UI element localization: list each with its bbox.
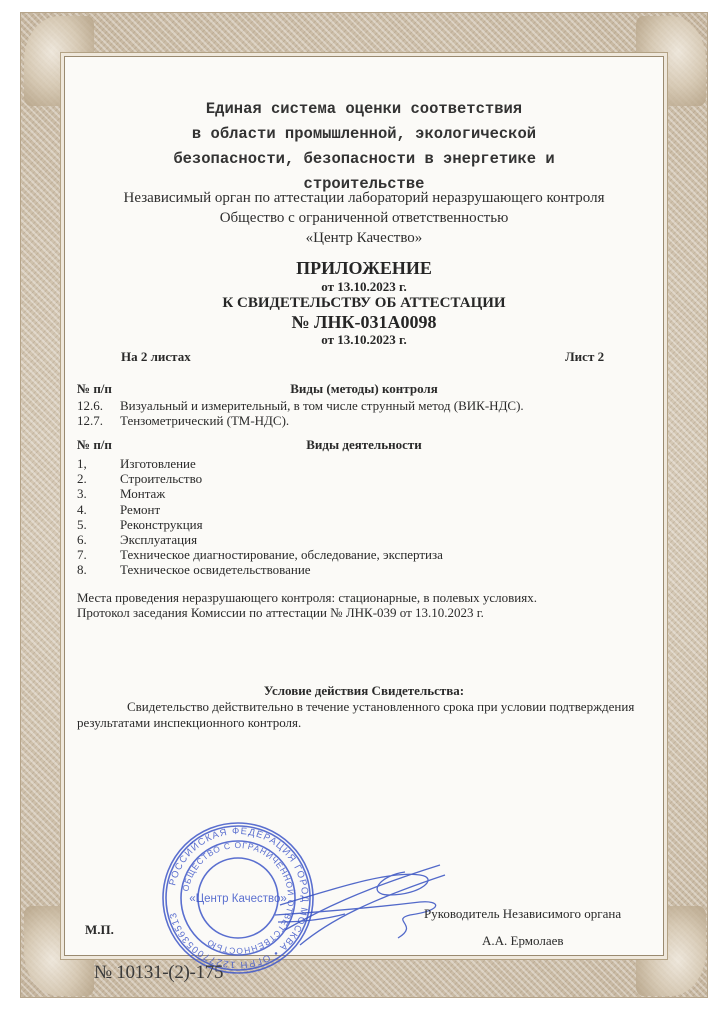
signature-icon [270,850,450,960]
activities-table-row: 4.Ремонт [77,502,160,517]
row-name: Техническое диагностирование, обследован… [120,547,443,562]
signatory-name: А.А. Ермолаев [482,933,564,948]
row-number: 2. [77,471,120,486]
appendix-title-block: ПРИЛОЖЕНИЕ от 13.10.2023 г. К СВИДЕТЕЛЬС… [64,258,664,347]
organization-line: Общество с ограниченной ответственностью [64,208,664,228]
row-name: Монтаж [120,486,165,501]
row-name: Ремонт [120,502,160,517]
sheet-number: Лист 2 [565,349,604,364]
row-number: 3. [77,486,120,501]
seal-placeholder-label: М.П. [85,922,114,937]
sheets-total: На 2 листах [121,349,191,364]
certificate-number: № ЛНК-031А0098 [64,312,664,332]
organization-line: Независимый орган по аттестации лаборато… [64,188,664,208]
validity-text: результатами инспекционного контроля. [77,715,301,730]
row-number: 6. [77,532,120,547]
system-title-line: в области промышленной, экологической [64,122,664,147]
activities-table-row: 2.Строительство [77,471,202,486]
protocol-note: Протокол заседания Комиссии по аттестаци… [77,605,484,620]
system-title-line: Единая система оценки соответствия [64,97,664,122]
row-name: Изготовление [120,456,196,471]
system-title: Единая система оценки соответствия в обл… [64,97,664,197]
certificate-date: от 13.10.2023 г. [64,332,664,347]
appendix-date: от 13.10.2023 г. [64,279,664,294]
validity-text: Свидетельство действительно в течение ус… [127,699,634,714]
row-number: 8. [77,562,120,577]
row-name: Визуальный и измерительный, в том числе … [120,398,524,413]
activities-table-row: 7.Техническое диагностирование, обследов… [77,547,443,562]
activities-table-row: 5.Реконструкция [77,517,203,532]
activities-table-row: 1,Изготовление [77,456,196,471]
system-title-line: безопасности, безопасности в энергетике … [64,147,664,172]
organization-block: Независимый орган по аттестации лаборато… [64,188,664,248]
form-serial-number: № 10131-(2)-175 [94,962,223,984]
row-number: 5. [77,517,120,532]
signatory-position: Руководитель Независимого органа [424,906,621,921]
row-number: 1, [77,456,120,471]
row-name: Реконструкция [120,517,203,532]
row-number: 4. [77,502,120,517]
methods-table-row: 12.7.Тензометрический (ТМ-НДС). [77,413,289,428]
validity-heading: Условие действия Свидетельства: [64,683,664,698]
row-name: Тензометрический (ТМ-НДС). [120,413,289,428]
testing-locations-note: Места проведения неразрушающего контроля… [77,590,537,605]
row-number: 12.7. [77,413,120,428]
row-number: 7. [77,547,120,562]
activities-col-name-header: Виды деятельности [64,437,664,452]
activities-table-row: 3.Монтаж [77,486,165,501]
row-name: Строительство [120,471,202,486]
appendix-subtitle: К СВИДЕТЕЛЬСТВУ ОБ АТТЕСТАЦИИ [64,294,664,312]
organization-name: «Центр Качество» [64,228,664,248]
methods-col-name-header: Виды (методы) контроля [64,381,664,396]
activities-table-row: 6.Эксплуатация [77,532,197,547]
row-name: Эксплуатация [120,532,197,547]
activities-table-row: 8.Техническое освидетельствование [77,562,311,577]
row-number: 12.6. [77,398,120,413]
row-name: Техническое освидетельствование [120,562,311,577]
appendix-title: ПРИЛОЖЕНИЕ [64,258,664,279]
methods-table-row: 12.6.Визуальный и измерительный, в том ч… [77,398,524,413]
